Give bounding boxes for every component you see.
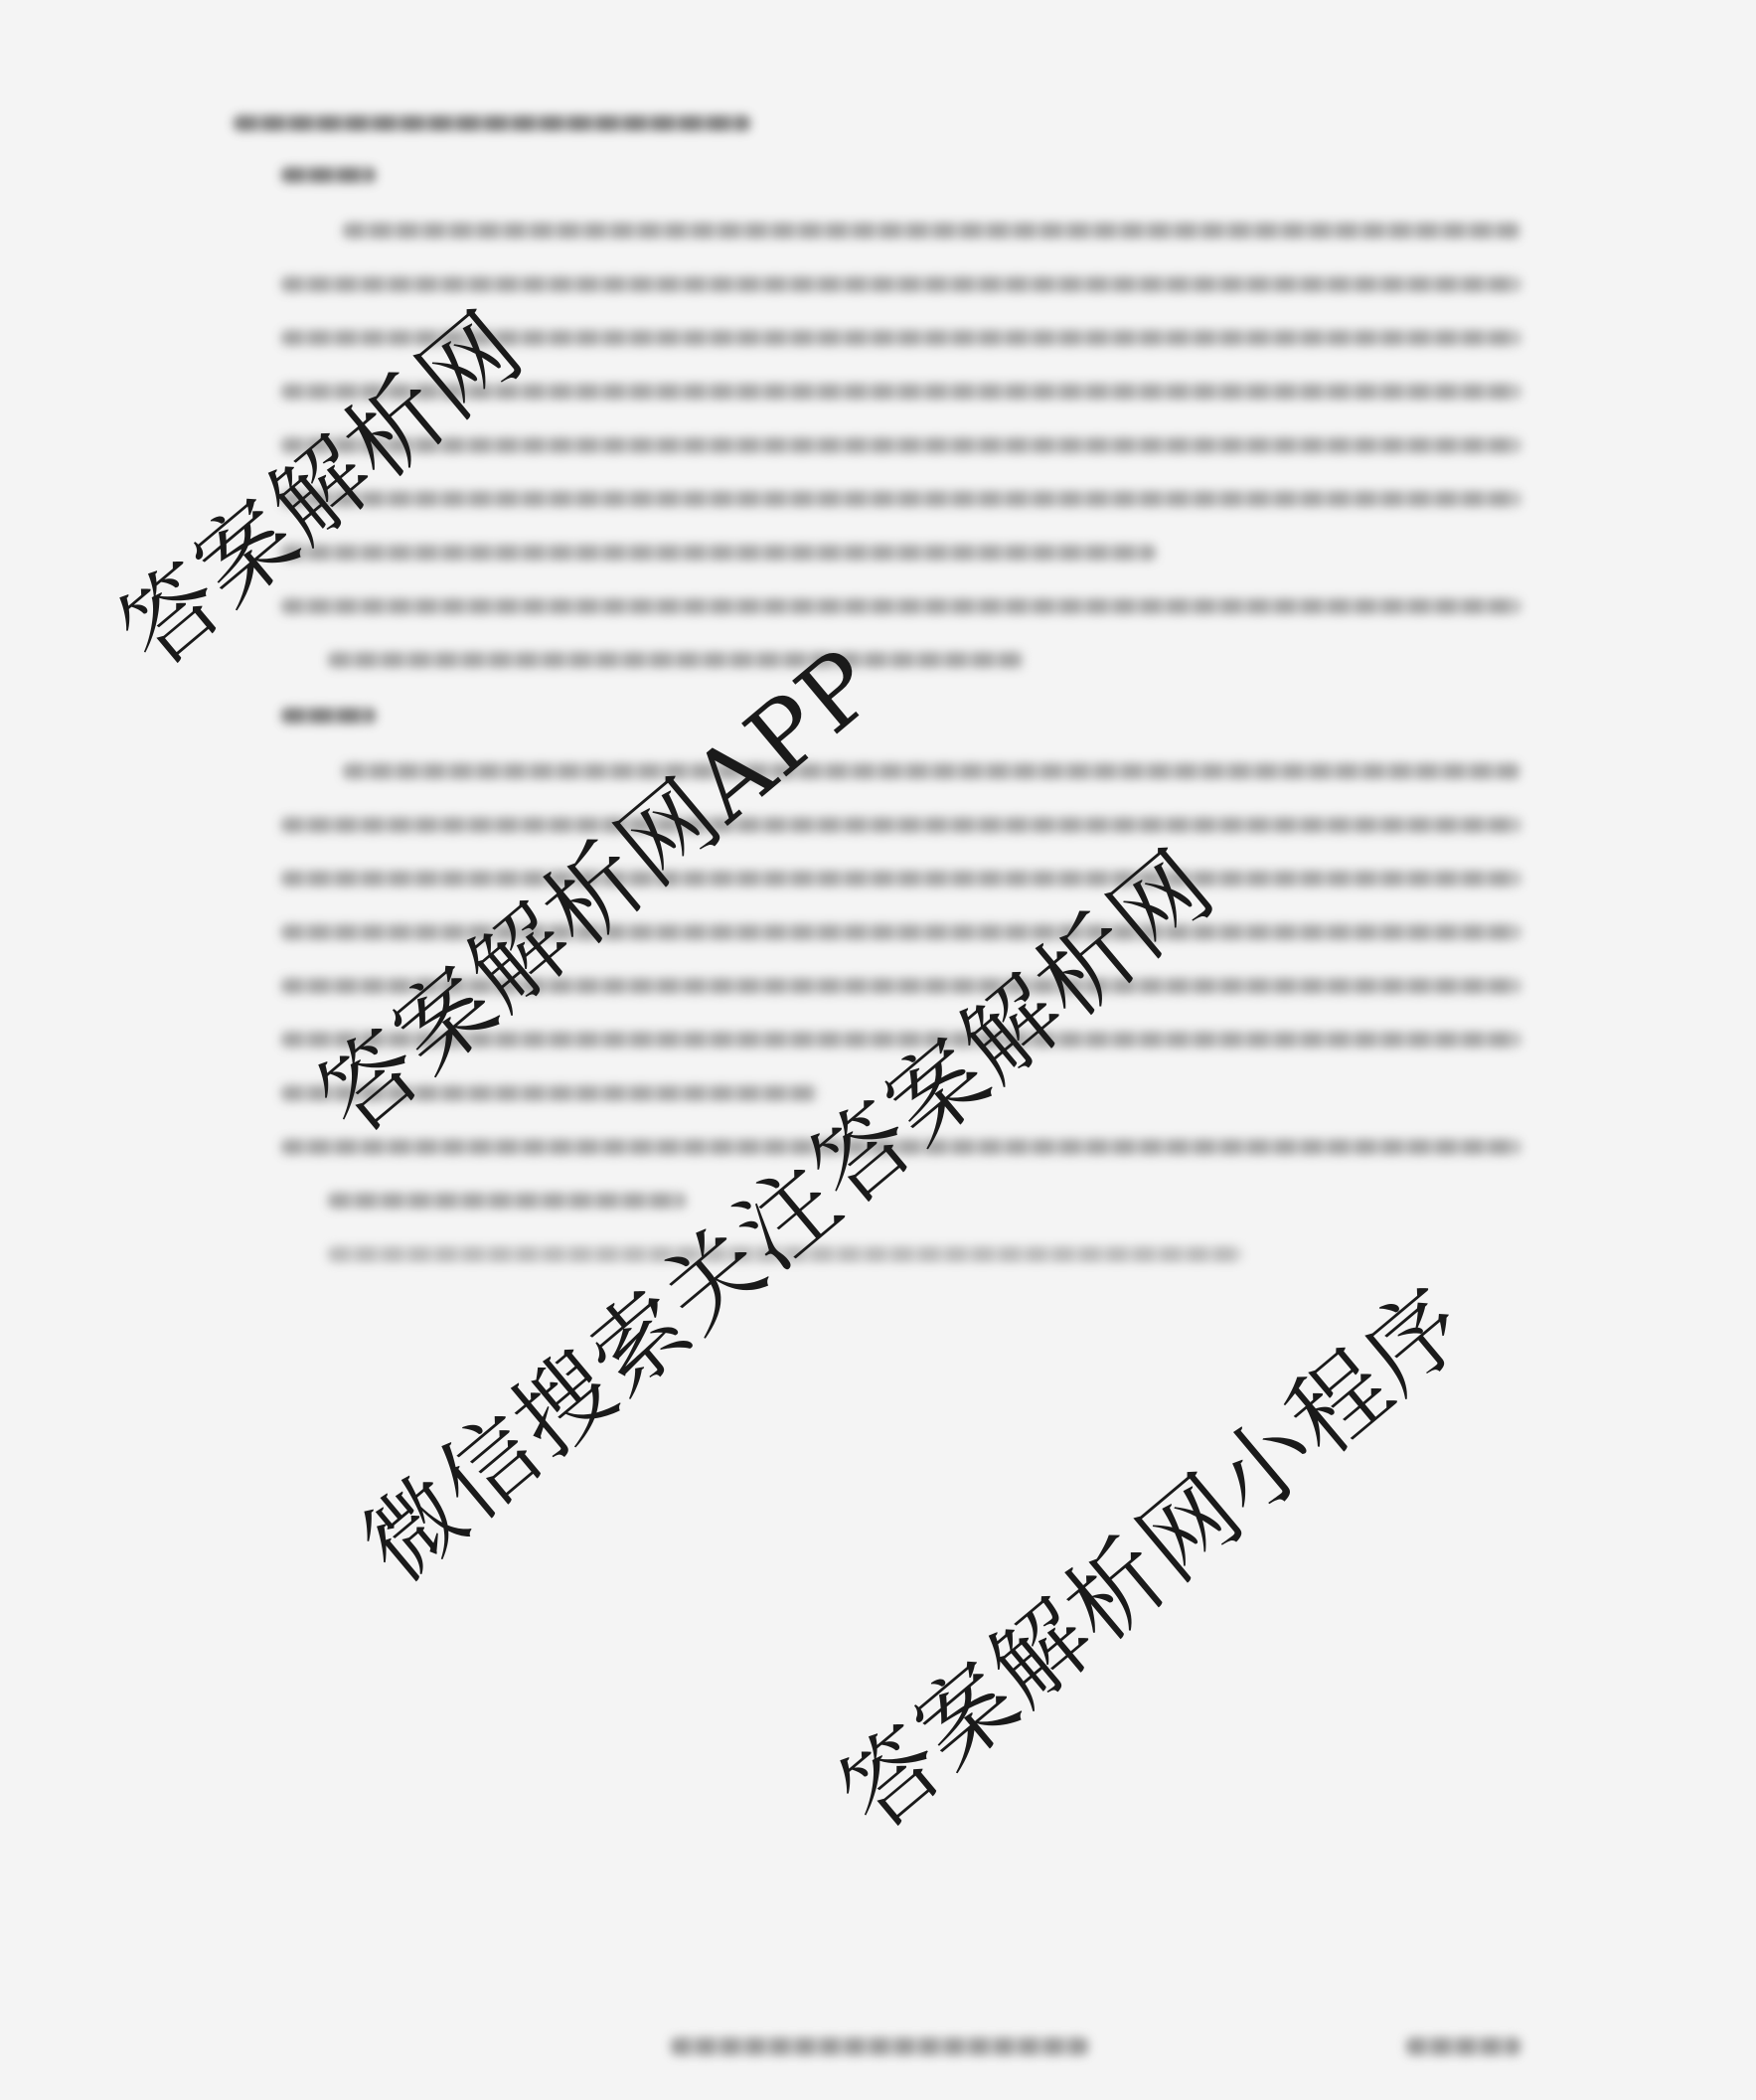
footer-code-blurred [1406, 2037, 1520, 2055]
material-two-label-blurred [281, 708, 376, 724]
footer-page-info-blurred [671, 2037, 1088, 2055]
document-page: 答案解析网 答案解析网APP 微信搜索关注答案解析网 答案解析网小程序 [0, 0, 1756, 2100]
question-heading-blurred [234, 115, 750, 131]
watermark-text-miniprogram: 答案解析网小程序 [807, 1250, 1492, 1856]
material-one-label-blurred [281, 167, 376, 183]
